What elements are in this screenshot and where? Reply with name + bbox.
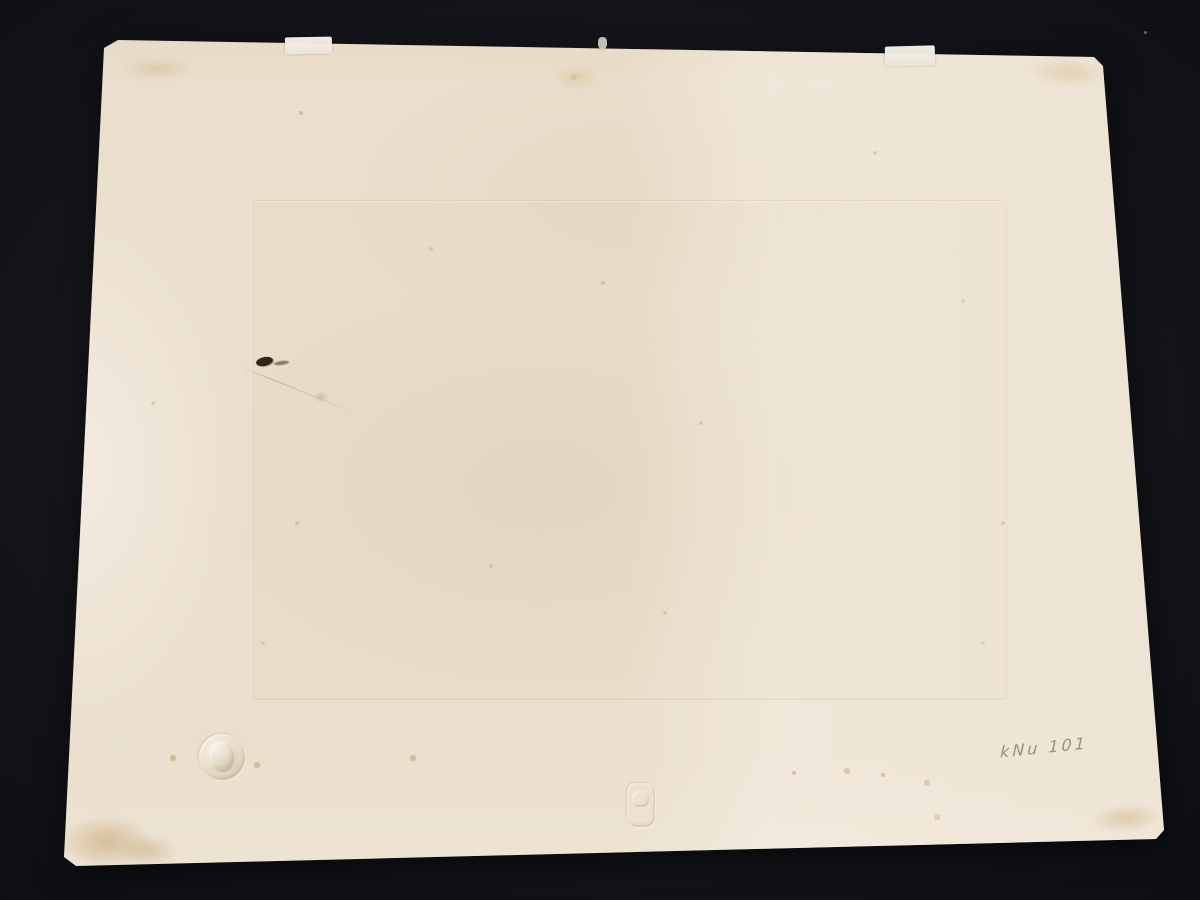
tape-remnant-center xyxy=(598,37,607,49)
stain-top-right xyxy=(1025,56,1110,90)
emboss-relief xyxy=(209,741,234,772)
stain-bottom-right-corner xyxy=(1089,802,1163,835)
tape-strip-right xyxy=(885,45,936,66)
stain-top-left xyxy=(122,58,192,80)
plate-mark-impression xyxy=(253,200,1007,700)
foxing-specks xyxy=(0,0,2,2)
paper-sheet-wrapper: kNu 101 xyxy=(0,0,1200,900)
dust-speck xyxy=(1144,31,1147,34)
crest-emboss-stamp xyxy=(627,783,655,827)
stain-top-center xyxy=(553,64,601,90)
foxing-spot xyxy=(315,392,327,402)
paper-sheet-verso: kNu 101 xyxy=(0,0,1200,900)
photo-backdrop: kNu 101 xyxy=(0,0,1200,900)
tape-strip-left xyxy=(285,37,332,55)
emboss-relief xyxy=(632,791,649,807)
portrait-roundel-emboss-stamp xyxy=(199,734,245,780)
pencil-inscription: kNu 101 xyxy=(1000,733,1088,761)
stain-bottom-left-inner xyxy=(118,836,178,866)
